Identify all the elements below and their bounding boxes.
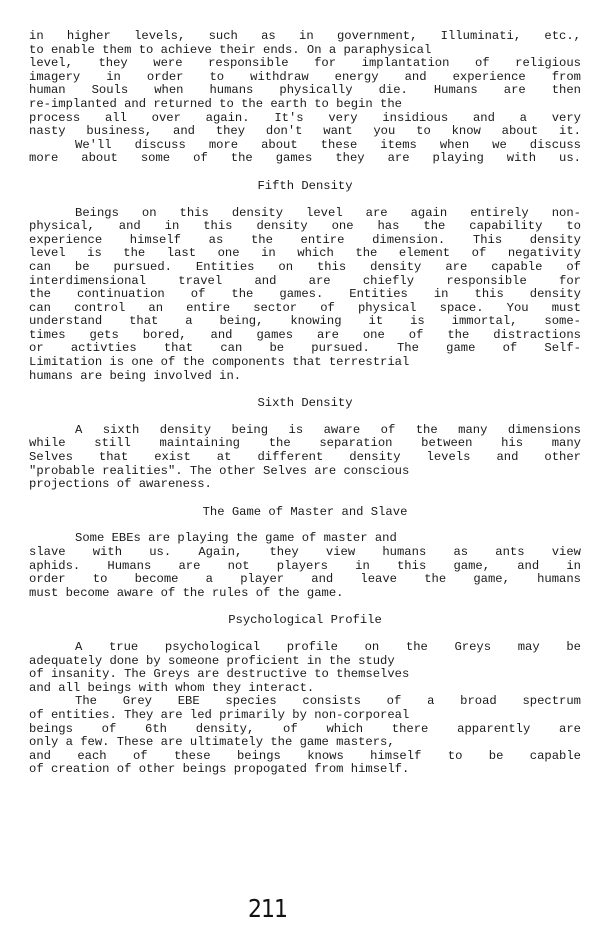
text-line: adequately done by someone proficient in… [29,655,581,669]
paragraph: A true psychological profile on the Grey… [29,641,581,777]
section-heading: Sixth Density [29,397,581,411]
text-line: Beings on this density level are again e… [29,207,581,221]
section-heading: The Game of Master and Slave [29,506,581,520]
text-line: the continuation of the games. Entities … [29,288,581,302]
text-line: order to become a player and leave the g… [29,573,581,587]
text-line: re-implanted and returned to the earth t… [29,98,581,112]
page-number: 211 [248,895,287,924]
section-heading: Fifth Density [29,180,581,194]
text-line: and each of these beings knows himself t… [29,750,581,764]
text-line: of insanity. The Greys are destructive t… [29,668,581,682]
text-line: The Grey EBE species consists of a broad… [29,695,581,709]
text-line: humans are being involved in. [29,370,581,384]
text-line: or activties that can be pursued. The ga… [29,342,581,356]
text-line: level is the last one in which the eleme… [29,247,581,261]
text-line: to enable them to achieve their ends. On… [29,44,581,58]
text-line: imagery in order to withdraw energy and … [29,71,581,85]
text-line: We'll discuss more about these items whe… [29,139,581,153]
section-heading: Psychological Profile [29,614,581,628]
text-line: in higher levels, such as in government,… [29,30,581,44]
text-line: beings of 6th density, of which there ap… [29,723,581,737]
text-line: only a few. These are ultimately the gam… [29,736,581,750]
text-line: "probable realities". The other Selves a… [29,465,581,479]
paragraph: Some EBEs are playing the game of master… [29,532,581,600]
text-line: experience himself as the entire dimensi… [29,234,581,248]
text-line: interdimensional travel and are chiefly … [29,275,581,289]
document-page: in higher levels, such as in government,… [29,30,581,777]
text-line: of creation of other beings propogated f… [29,763,581,777]
text-line: can control an entire sector of physical… [29,302,581,316]
text-line: Limitation is one of the components that… [29,356,581,370]
text-line: times gets bored, and games are one of t… [29,329,581,343]
text-line: Selves that exist at different density l… [29,451,581,465]
text-line: human Souls when humans physically die. … [29,84,581,98]
text-line: can be pursued. Entities on this density… [29,261,581,275]
text-line: of entities. They are led primarily by n… [29,709,581,723]
paragraph: A sixth density being is aware of the ma… [29,424,581,492]
text-line: nasty business, and they don't want you … [29,125,581,139]
text-line: while still maintaining the separation b… [29,437,581,451]
text-line: aphids. Humans are not players in this g… [29,560,581,574]
text-line: projections of awareness. [29,478,581,492]
text-line: level, they were responsible for implant… [29,57,581,71]
text-line: understand that a being, knowing it is i… [29,315,581,329]
text-line: more about some of the games they are pl… [29,152,581,166]
text-line: must become aware of the rules of the ga… [29,587,581,601]
paragraph: in higher levels, such as in government,… [29,30,581,166]
paragraph: Beings on this density level are again e… [29,207,581,384]
text-line: slave with us. Again, they view humans a… [29,546,581,560]
text-line: and all beings with whom they interact. [29,682,581,696]
text-line: A true psychological profile on the Grey… [29,641,581,655]
text-line: process all over again. It's very insidi… [29,112,581,126]
text-line: physical, and in this density one has th… [29,220,581,234]
text-line: A sixth density being is aware of the ma… [29,424,581,438]
text-line: Some EBEs are playing the game of master… [29,532,581,546]
